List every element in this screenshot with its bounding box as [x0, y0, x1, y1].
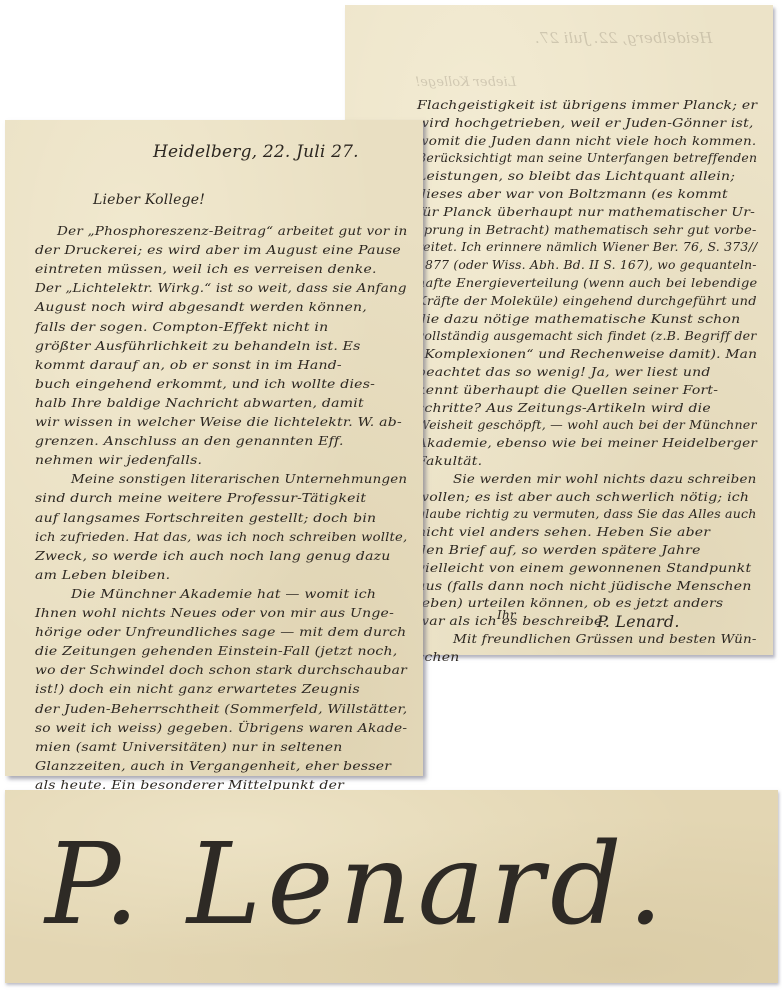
handwritten-line: so weit ich weiss) gegeben. Übrigens war… — [35, 721, 407, 735]
handwritten-line: größter Ausführlichkeit zu behandeln ist… — [35, 339, 361, 353]
handwritten-line: mien (samt Universitäten) nur in seltene… — [35, 740, 343, 754]
handwritten-line: August noch wird abgesandt werden können… — [35, 300, 367, 314]
handwritten-line: womit die Juden dann nicht viele hoch ko… — [417, 134, 756, 148]
handwritten-line: Flachgeistigkeit ist übrigens immer Plan… — [417, 98, 757, 112]
handwritten-line: Akademie, ebenso wie bei meiner Heidelbe… — [417, 436, 757, 450]
handwritten-line: 1877 (oder Wiss. Abh. Bd. II S. 167), wo… — [417, 258, 757, 272]
handwritten-line: Zweck, so werde ich auch noch lang genug… — [35, 549, 391, 563]
handwritten-line: kommt darauf an, ob er sonst in im Hand- — [35, 358, 342, 372]
handwritten-line: leben) urteilen können, ob es jetzt ande… — [417, 596, 723, 610]
handwritten-line: dieses aber war von Boltzmann (es kommt — [417, 187, 728, 201]
handwritten-line: wo der Schwindel doch schon stark durchs… — [35, 663, 407, 677]
handwritten-line: falls der sogen. Compton-Effekt nicht in — [35, 320, 328, 334]
handwritten-line: ist!) doch ein nicht ganz erwartetes Zeu… — [35, 682, 360, 696]
letter-page-1: Heidelberg, 22. Juli 27. Lieber Kollege!… — [5, 120, 423, 776]
handwritten-line: Der „Lichtelektr. Wirkg.“ ist so weit, d… — [35, 281, 407, 295]
handwritten-line: hörige oder Unfreundliches sage — mit de… — [35, 625, 406, 639]
handwritten-line: reitet. Ich erinnere nämlich Wiener Ber.… — [417, 240, 757, 254]
handwritten-line: Fakultät. — [417, 454, 482, 468]
handwritten-line: Der „Phosphoreszenz-Beitrag“ arbeitet gu… — [57, 224, 408, 238]
handwritten-line: auf langsames Fortschreiten gestellt; do… — [35, 511, 376, 525]
handwritten-line: „Komplexionen“ und Rechenweise damit). M… — [417, 347, 757, 361]
handwritten-line: Meine sonstigen literarischen Unternehmu… — [71, 472, 407, 486]
handwritten-line: Mit freundlichen Grüssen und besten Wün- — [453, 632, 757, 646]
signature-closeup: P. Lenard. — [45, 800, 669, 970]
handwritten-line: nicht viel anders sehen. Heben Sie aber — [417, 525, 710, 539]
page1-body-text: Der „Phosphoreszenz-Beitrag“ arbeitet gu… — [5, 120, 423, 776]
handwritten-line: wollen; es ist aber auch schwerlich nöti… — [417, 490, 749, 504]
handwritten-line: vielleicht von einem gewonnenen Standpun… — [417, 561, 751, 575]
handwritten-line: eintreten müssen, weil ich es verreisen … — [35, 262, 377, 276]
handwritten-line: hafte Energieverteilung (wenn auch bei l… — [417, 276, 757, 290]
handwritten-line: Ihnen wohl nichts Neues oder von mir aus… — [35, 606, 394, 620]
handwritten-line: am Leben bleiben. — [35, 568, 170, 582]
handwritten-line: wir wissen in welcher Weise die lichtele… — [35, 415, 402, 429]
handwritten-line: Berücksichtigt man seine Unterfangen bet… — [417, 151, 757, 165]
handwritten-line: schritte? Aus Zeitungs-Artikeln wird die — [417, 401, 711, 415]
handwritten-line: der Juden-Beherrschtheit (Sommerfeld, Wi… — [35, 702, 407, 716]
signature-closeup-panel: P. Lenard. — [5, 790, 778, 983]
handwritten-line: grenzen. Anschluss an den genannten Eff. — [35, 434, 344, 448]
handwritten-line: beachtet das so wenig! Ja, wer liest und — [417, 365, 711, 379]
handwritten-line: vollständig ausgemacht sich findet (z.B.… — [417, 329, 757, 343]
handwritten-line: kennt überhaupt die Quellen seiner Fort- — [417, 383, 718, 397]
handwritten-line: den Brief auf, so werden spätere Jahre — [417, 543, 701, 557]
handwritten-line: Sie werden mir wohl nichts dazu schreibe… — [453, 472, 757, 486]
handwritten-line: glaube richtig zu vermuten, dass Sie das… — [417, 507, 757, 521]
handwritten-line: sprung in Betracht) mathematisch sehr gu… — [417, 223, 757, 237]
handwritten-line: schen — [417, 650, 460, 664]
handwritten-line: der Druckerei; es wird aber im August ei… — [35, 243, 401, 257]
handwritten-line: halb Ihre baldige Nachricht abwarten, da… — [35, 396, 364, 410]
handwritten-line: Die Münchner Akademie hat — womit ich — [71, 587, 376, 601]
handwritten-line: Glanzzeiten, auch in Vergangenheit, eher… — [35, 759, 391, 773]
handwritten-line: sind durch meine weitere Professur-Tätig… — [35, 491, 366, 505]
handwritten-line: aus (falls dann noch nicht jüdische Mens… — [417, 579, 752, 593]
handwritten-line: für Planck überhaupt nur mathematischer … — [417, 205, 755, 219]
handwritten-line: die Zeitungen gehenden Einstein-Fall (je… — [35, 644, 397, 658]
handwritten-line: Kräfte der Moleküle) eingehend durchgefü… — [417, 294, 757, 308]
handwritten-line: Weisheit geschöpft, — wohl auch bei der … — [417, 418, 757, 432]
handwritten-line: die dazu nötige mathematische Kunst scho… — [417, 312, 740, 326]
signature: P. Lenard. — [597, 612, 680, 631]
handwritten-line: wird hochgetrieben, weil er Juden-Gönner… — [417, 116, 754, 130]
handwritten-line: ich zufrieden. Hat das, was ich noch sch… — [35, 530, 407, 544]
handwritten-line: nehmen wir jedenfalls. — [35, 453, 202, 467]
handwritten-line: buch eingehend erkommt, und ich wollte d… — [35, 377, 375, 391]
handwritten-line: Leistungen, so bleibt das Lichtquant all… — [417, 169, 735, 183]
closing-word: Ihr — [497, 608, 516, 622]
